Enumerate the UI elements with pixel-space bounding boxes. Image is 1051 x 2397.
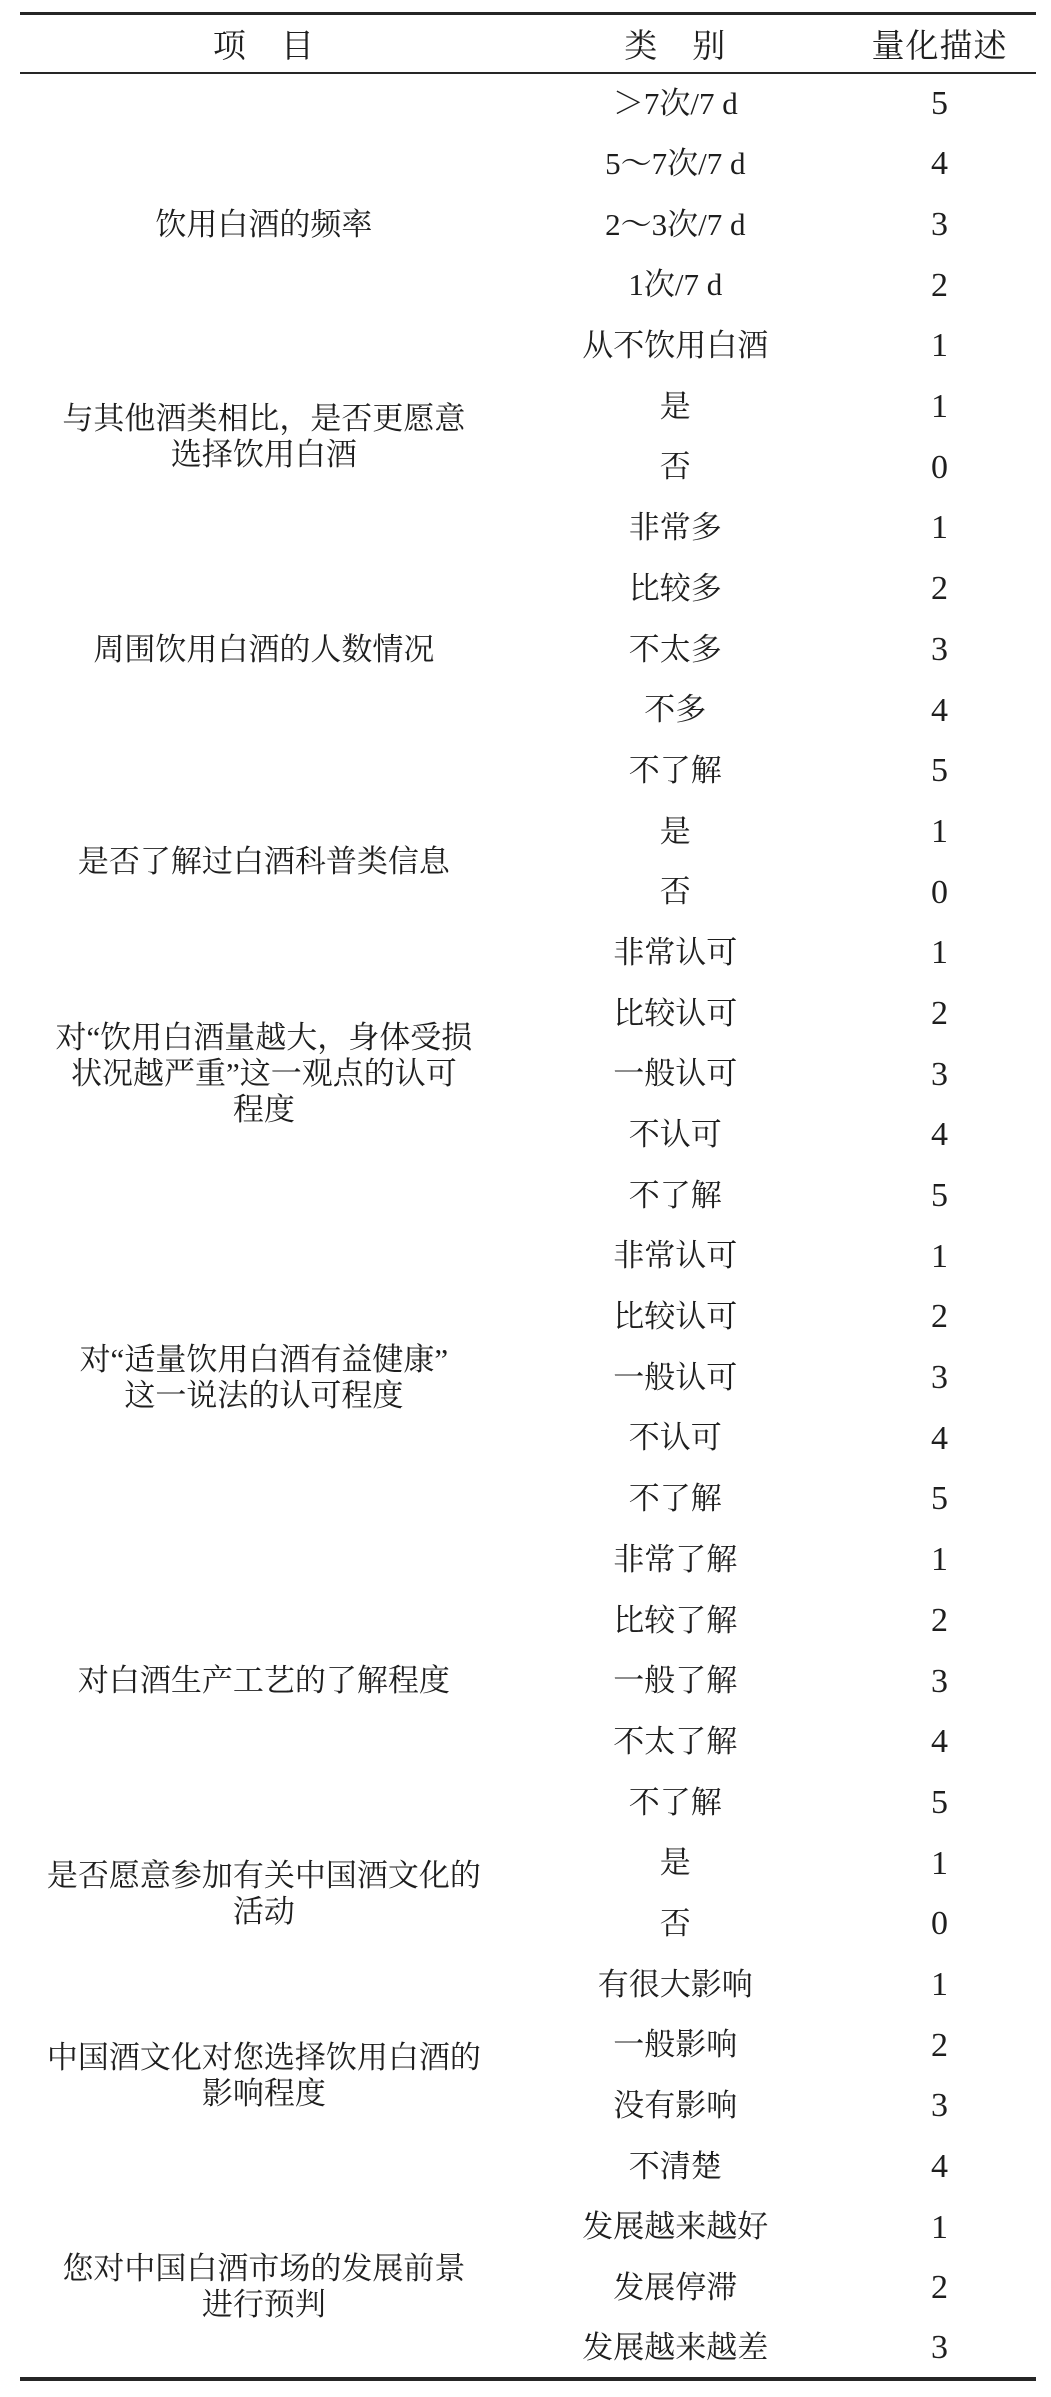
value-cell: 5 [843, 73, 1036, 134]
value-cell: 1 [843, 1226, 1036, 1287]
value-cell: 3 [843, 2076, 1036, 2137]
value-cell: 2 [843, 1287, 1036, 1348]
value-cell: 2 [843, 255, 1036, 316]
value-cell: 2 [843, 2015, 1036, 2076]
value-cell: 5 [843, 741, 1036, 802]
item-cell: 您对中国白酒市场的发展前景 进行预判 [20, 2197, 508, 2379]
col-header-category: 类 别 [508, 14, 843, 74]
item-cell: 对“饮用白酒量越大，身体受损 状况越严重”这一观点的认可 程度 [20, 923, 508, 1226]
category-cell: 发展停滞 [508, 2258, 843, 2319]
value-cell: 3 [843, 1044, 1036, 1105]
item-cell: 中国酒文化对您选择饮用白酒的 影响程度 [20, 1954, 508, 2197]
table-body: 饮用白酒的频率＞7次/7 d55～7次/7 d42～3次/7 d31次/7 d2… [20, 73, 1036, 2379]
value-cell: 1 [843, 1530, 1036, 1591]
category-cell: 不了解 [508, 1469, 843, 1530]
table-row: 对“饮用白酒量越大，身体受损 状况越严重”这一观点的认可 程度非常认可1 [20, 923, 1036, 984]
category-cell: 非常认可 [508, 923, 843, 984]
category-cell: 一般了解 [508, 1651, 843, 1712]
category-cell: 从不饮用白酒 [508, 316, 843, 377]
paper-table-page: 项 目 类 别 量化描述 饮用白酒的频率＞7次/7 d55～7次/7 d42～3… [0, 0, 1051, 2381]
category-cell: 比较了解 [508, 1590, 843, 1651]
category-cell: 不太多 [508, 619, 843, 680]
value-cell: 1 [843, 2197, 1036, 2258]
table-header-row: 项 目 类 别 量化描述 [20, 14, 1036, 74]
value-cell: 5 [843, 1772, 1036, 1833]
value-cell: 5 [843, 1469, 1036, 1530]
value-cell: 1 [843, 801, 1036, 862]
category-cell: 不了解 [508, 1165, 843, 1226]
category-cell: 比较多 [508, 559, 843, 620]
category-cell: 一般影响 [508, 2015, 843, 2076]
value-cell: 1 [843, 923, 1036, 984]
value-cell: 4 [843, 1408, 1036, 1469]
value-cell: 4 [843, 1712, 1036, 1773]
category-cell: 是 [508, 1833, 843, 1894]
item-cell: 饮用白酒的频率 [20, 73, 508, 376]
category-cell: 非常认可 [508, 1226, 843, 1287]
category-cell: 否 [508, 1894, 843, 1955]
value-cell: 4 [843, 2136, 1036, 2197]
item-cell: 对白酒生产工艺的了解程度 [20, 1530, 508, 1833]
table-row: 饮用白酒的频率＞7次/7 d5 [20, 73, 1036, 134]
category-cell: 是 [508, 376, 843, 437]
value-cell: 0 [843, 1894, 1036, 1955]
table-row: 您对中国白酒市场的发展前景 进行预判发展越来越好1 [20, 2197, 1036, 2258]
category-cell: 发展越来越差 [508, 2318, 843, 2379]
category-cell: 不认可 [508, 1105, 843, 1166]
value-cell: 4 [843, 1105, 1036, 1166]
table-row: 是否了解过白酒科普类信息是1 [20, 801, 1036, 862]
category-cell: 不太了解 [508, 1712, 843, 1773]
category-cell: 没有影响 [508, 2076, 843, 2137]
category-cell: 比较认可 [508, 1287, 843, 1348]
category-cell: 一般认可 [508, 1044, 843, 1105]
value-cell: 2 [843, 559, 1036, 620]
value-cell: 1 [843, 498, 1036, 559]
value-cell: 0 [843, 862, 1036, 923]
category-cell: 非常了解 [508, 1530, 843, 1591]
value-cell: 3 [843, 194, 1036, 255]
table-row: 中国酒文化对您选择饮用白酒的 影响程度有很大影响1 [20, 1954, 1036, 2015]
category-cell: 2～3次/7 d [508, 194, 843, 255]
value-cell: 4 [843, 680, 1036, 741]
category-cell: 否 [508, 862, 843, 923]
category-cell: 1次/7 d [508, 255, 843, 316]
category-cell: 发展越来越好 [508, 2197, 843, 2258]
quantification-table: 项 目 类 别 量化描述 饮用白酒的频率＞7次/7 d55～7次/7 d42～3… [20, 12, 1036, 2381]
item-cell: 与其他酒类相比，是否更愿意 选择饮用白酒 [20, 376, 508, 497]
category-cell: 是 [508, 801, 843, 862]
item-cell: 对“适量饮用白酒有益健康” 这一说法的认可程度 [20, 1226, 508, 1529]
col-header-description: 量化描述 [843, 14, 1036, 74]
category-cell: 有很大影响 [508, 1954, 843, 2015]
table-row: 是否愿意参加有关中国酒文化的 活动是1 [20, 1833, 1036, 1894]
category-cell: ＞7次/7 d [508, 73, 843, 134]
value-cell: 3 [843, 1347, 1036, 1408]
table-row: 与其他酒类相比，是否更愿意 选择饮用白酒是1 [20, 376, 1036, 437]
value-cell: 0 [843, 437, 1036, 498]
category-cell: 5～7次/7 d [508, 134, 843, 195]
value-cell: 2 [843, 1590, 1036, 1651]
value-cell: 1 [843, 1954, 1036, 2015]
value-cell: 1 [843, 1833, 1036, 1894]
category-cell: 不了解 [508, 741, 843, 802]
value-cell: 1 [843, 376, 1036, 437]
value-cell: 3 [843, 619, 1036, 680]
category-cell: 不认可 [508, 1408, 843, 1469]
item-cell: 是否了解过白酒科普类信息 [20, 801, 508, 922]
col-header-item: 项 目 [20, 14, 508, 74]
category-cell: 比较认可 [508, 983, 843, 1044]
value-cell: 1 [843, 316, 1036, 377]
value-cell: 3 [843, 1651, 1036, 1712]
category-cell: 非常多 [508, 498, 843, 559]
item-cell: 周围饮用白酒的人数情况 [20, 498, 508, 801]
value-cell: 2 [843, 2258, 1036, 2319]
category-cell: 否 [508, 437, 843, 498]
category-cell: 一般认可 [508, 1347, 843, 1408]
value-cell: 5 [843, 1165, 1036, 1226]
table-row: 对白酒生产工艺的了解程度非常了解1 [20, 1530, 1036, 1591]
value-cell: 2 [843, 983, 1036, 1044]
table-row: 周围饮用白酒的人数情况非常多1 [20, 498, 1036, 559]
table-row: 对“适量饮用白酒有益健康” 这一说法的认可程度非常认可1 [20, 1226, 1036, 1287]
category-cell: 不了解 [508, 1772, 843, 1833]
category-cell: 不多 [508, 680, 843, 741]
value-cell: 3 [843, 2318, 1036, 2379]
category-cell: 不清楚 [508, 2136, 843, 2197]
item-cell: 是否愿意参加有关中国酒文化的 活动 [20, 1833, 508, 1954]
value-cell: 4 [843, 134, 1036, 195]
